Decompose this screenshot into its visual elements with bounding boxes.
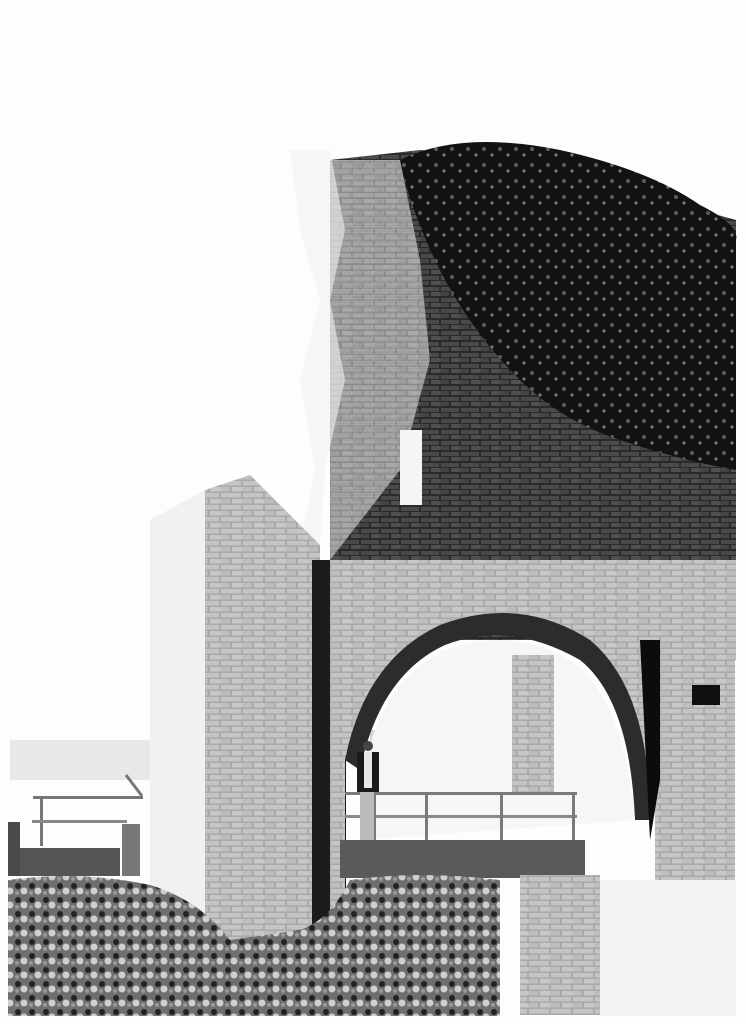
wall-window (400, 430, 422, 505)
left-pillar (205, 475, 320, 960)
right-pillar (655, 645, 735, 905)
ruins-scene (0, 0, 746, 1024)
right-pillar-opening (692, 685, 720, 705)
ruins-photograph: Black-and-white photograph of a ruined b… (0, 0, 746, 1024)
sunlit-ground (600, 880, 736, 1016)
inner-pillar (512, 655, 554, 795)
